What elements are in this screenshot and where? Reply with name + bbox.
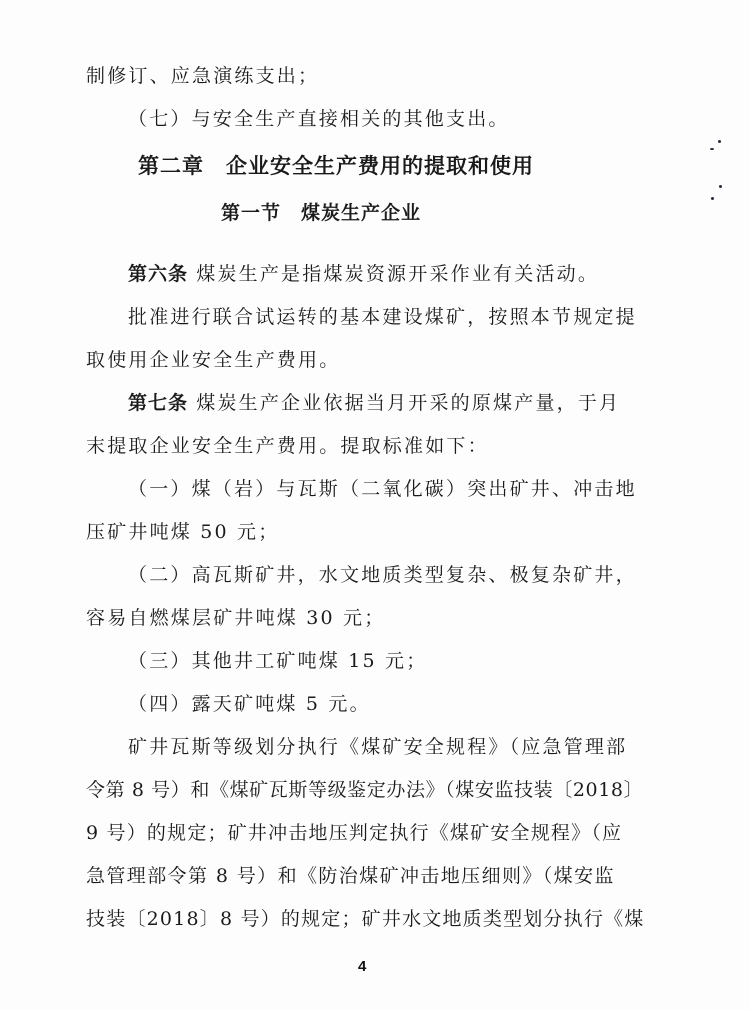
section-heading: 第一节 煤炭生产企业 <box>221 201 421 225</box>
article-text: 煤炭生产企业依据当月开采的原煤产量，于月 <box>188 392 620 414</box>
paragraph-line: 技装〔2018〕8 号）的规定；矿井水文地质类型划分执行《煤 <box>86 907 644 931</box>
paragraph-line: 压矿井吨煤 50 元； <box>86 520 279 544</box>
paragraph-line: 批准进行联合试运转的基本建设煤矿，按照本节规定提 <box>128 305 637 329</box>
paragraph-line: 取使用企业安全生产费用。 <box>86 348 340 372</box>
paragraph-line: 急管理部令第 8 号）和《防治煤矿冲击地压细则》（煤安监 <box>86 864 615 888</box>
paragraph-line: 令第 8 号）和《煤矿瓦斯等级鉴定办法》（煤安监技装〔2018〕 <box>86 778 643 802</box>
article-7: 第七条 煤炭生产企业依据当月开采的原煤产量，于月 <box>128 391 620 415</box>
list-item-1: （一）煤（岩）与瓦斯（二氧化碳）突出矿井、冲击地 <box>128 477 637 501</box>
paragraph-line: 容易自燃煤层矿井吨煤 30 元； <box>86 606 385 630</box>
list-item-3: （三）其他井工矿吨煤 15 元； <box>128 649 427 673</box>
article-label: 第七条 <box>128 392 188 414</box>
list-item-7: （七）与安全生产直接相关的其他支出。 <box>128 107 510 131</box>
list-item-4: （四）露天矿吨煤 5 元。 <box>128 692 371 716</box>
paragraph-line: 矿井瓦斯等级划分执行《煤矿安全规程》（应急管理部 <box>128 735 627 759</box>
document-page: 制修订、应急演练支出； （七）与安全生产直接相关的其他支出。 第二章 企业安全生… <box>0 0 749 1010</box>
chapter-heading: 第二章 企业安全生产费用的提取和使用 <box>138 154 534 178</box>
scan-speck <box>710 148 714 150</box>
article-6: 第六条 煤炭生产是指煤炭资源开采作业有关活动。 <box>128 262 599 286</box>
article-text: 煤炭生产是指煤炭资源开采作业有关活动。 <box>188 263 599 285</box>
list-item-2: （二）高瓦斯矿井，水文地质类型复杂、极复杂矿井， <box>128 563 637 587</box>
scan-speck <box>718 140 721 143</box>
scan-speck <box>711 197 714 200</box>
paragraph-line: 末提取企业安全生产费用。提取标准如下： <box>86 434 489 458</box>
page-number: 4 <box>358 958 366 975</box>
paragraph-line: 制修订、应急演练支出； <box>86 64 319 88</box>
paragraph-line: 9 号）的规定；矿井冲击地压判定执行《煤矿安全规程》（应 <box>86 821 622 845</box>
scan-speck <box>719 185 722 188</box>
article-label: 第六条 <box>128 263 188 285</box>
